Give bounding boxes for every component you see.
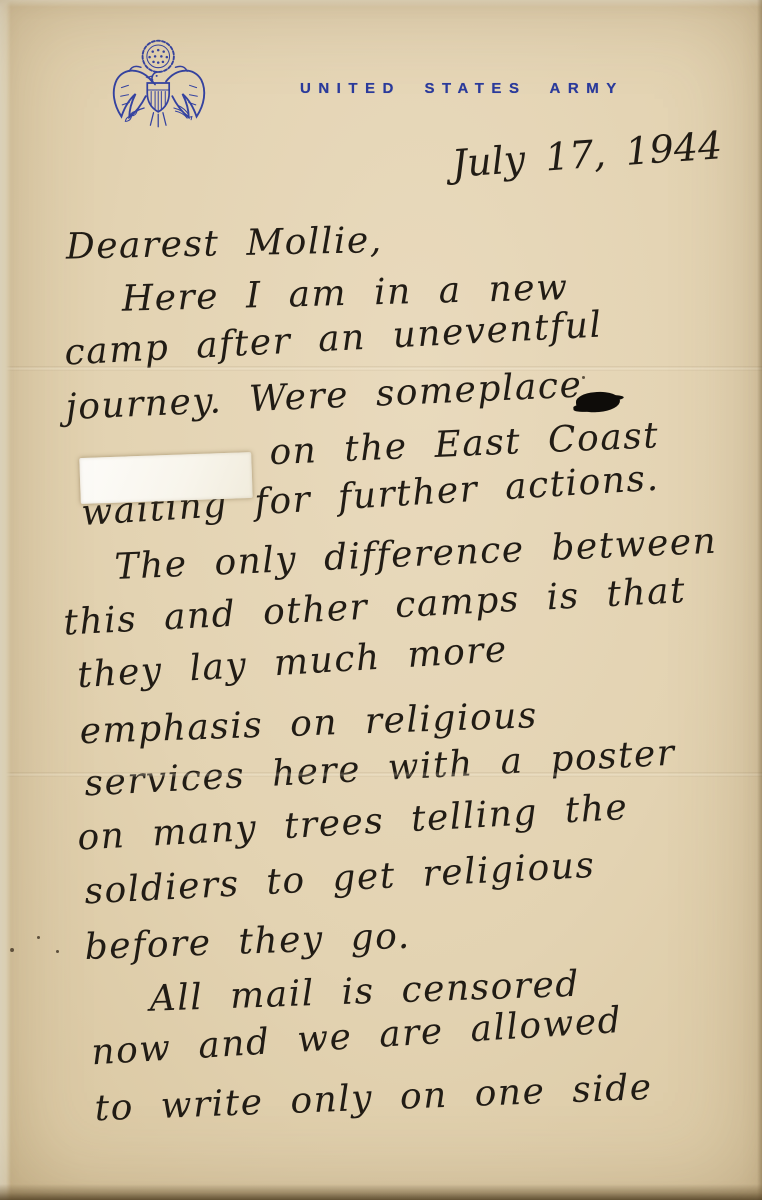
- us-army-eagle-icon: [100, 36, 218, 144]
- censored-cutout-patch: [79, 452, 253, 504]
- letterhead-title: UNITED STATES ARMY: [300, 80, 624, 97]
- ink-speck: [56, 950, 59, 953]
- paper-edge-top: [0, 0, 762, 7]
- ink-speck: [582, 376, 585, 379]
- letter-scan-page: UNITED STATES ARMY July 17, 1944 Dearest…: [0, 0, 762, 1200]
- letter-body: Dearest Mollie, Here I am in a new camp …: [0, 228, 762, 1146]
- ink-speck: [37, 936, 40, 939]
- paper-edge-right: [757, 0, 762, 1200]
- letter-date: July 17, 1944: [450, 123, 723, 186]
- paper-edge-bottom: [0, 1184, 762, 1200]
- paper-edge-left: [0, 0, 11, 1200]
